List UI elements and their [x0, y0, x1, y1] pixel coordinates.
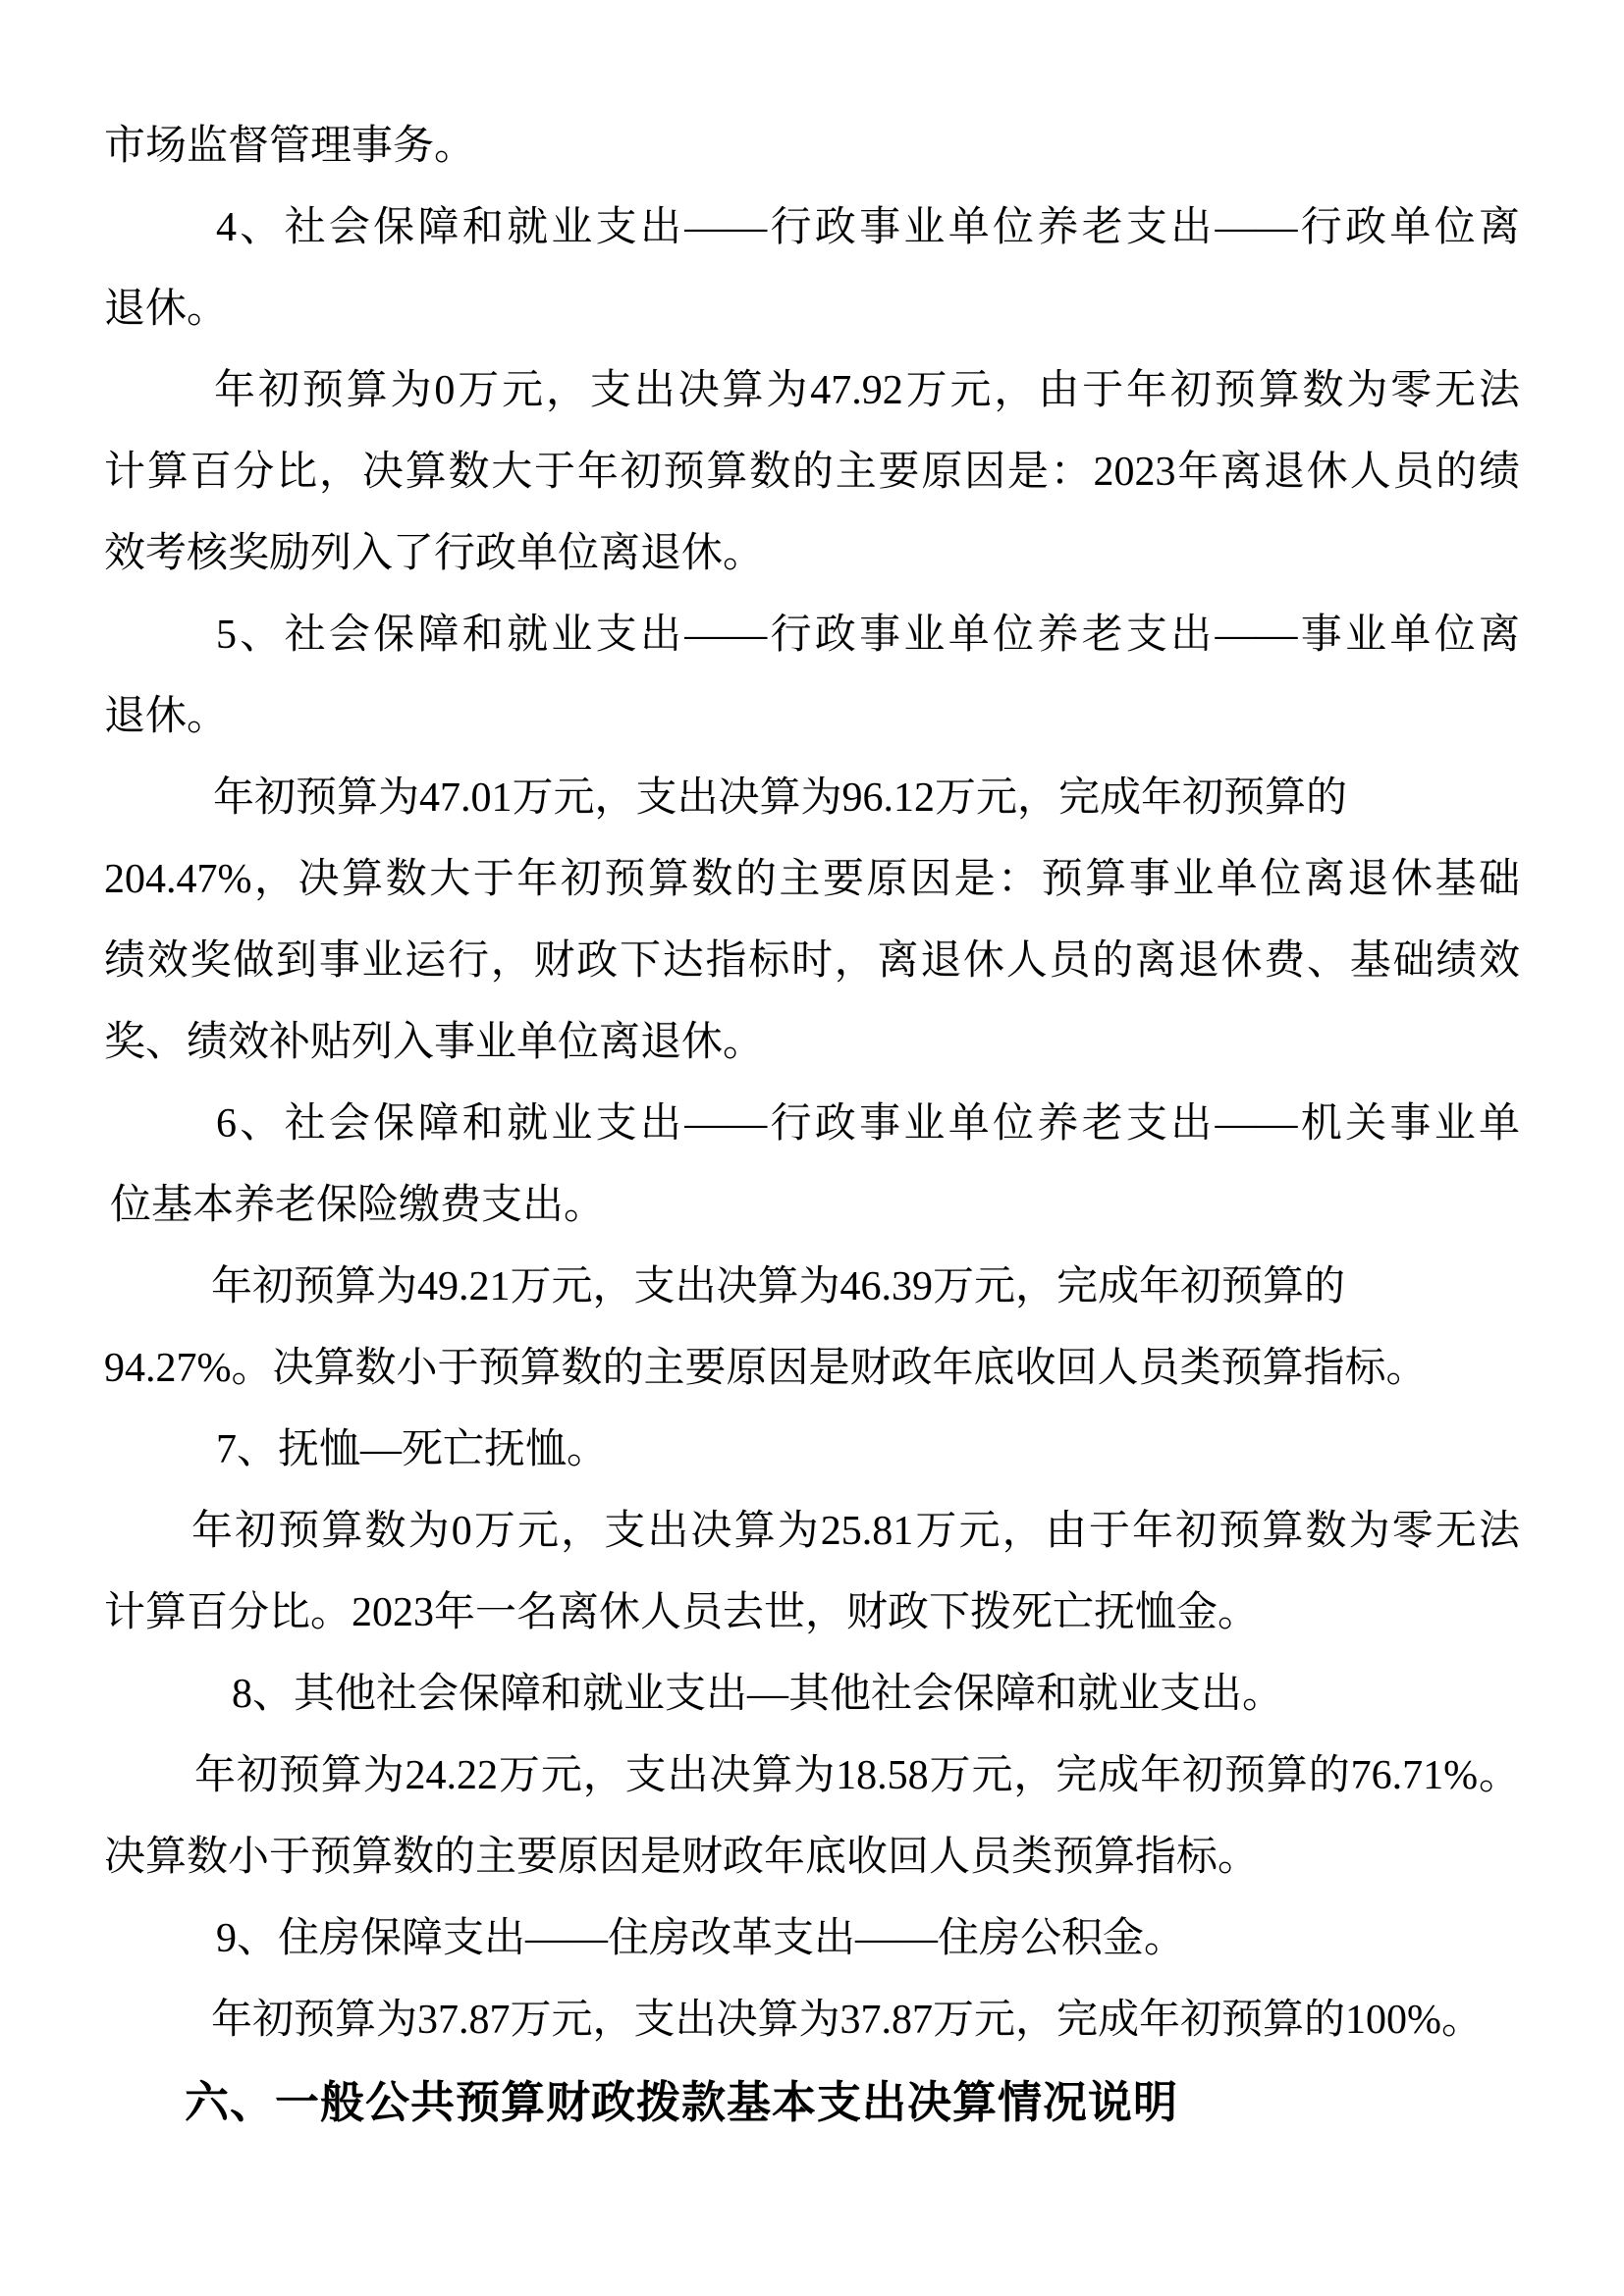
text-line: 年初预算为49.21万元，支出决算为46.39万元，完成年初预算的 — [104, 1247, 1520, 1328]
text-line: 计算百分比。2023年一名离休人员去世，财政下拨死亡抚恤金。 — [104, 1573, 1520, 1654]
text-line: 5、社会保障和就业支出——行政事业单位养老支出——事业单位离 — [104, 595, 1520, 676]
text-line: 年初预算数为0万元，支出决算为25.81万元，由于年初预算数为零无法 — [104, 1491, 1520, 1573]
text-line: 94.27%。决算数小于预算数的主要原因是财政年底收回人员类预算指标。 — [104, 1328, 1520, 1410]
text-column: 市场监督管理事务。4、社会保障和就业支出——行政事业单位养老支出——行政单位离退… — [104, 106, 1520, 2143]
text-line: 年初预算为0万元，支出决算为47.92万元，由于年初预算数为零无法 — [104, 350, 1520, 432]
text-line: 204.47%，决算数大于年初预算数的主要原因是：预算事业单位离退休基础 — [104, 839, 1520, 921]
text-line: 计算百分比，决算数大于年初预算数的主要原因是：2023年离退休人员的绩 — [104, 432, 1520, 513]
text-line: 6、社会保障和就业支出——行政事业单位养老支出——机关事业单 — [104, 1084, 1520, 1165]
text-line: 9、住房保障支出——住房改革支出——住房公积金。 — [104, 1898, 1520, 1980]
document-page: 市场监督管理事务。4、社会保障和就业支出——行政事业单位养老支出——行政单位离退… — [0, 0, 1624, 2296]
text-line: 效考核奖励列入了行政单位离退休。 — [104, 513, 1520, 595]
text-line: 绩效奖做到事业运行，财政下达指标时，离退休人员的离退休费、基础绩效 — [104, 921, 1520, 1002]
text-line: 年初预算为24.22万元，支出决算为18.58万元，完成年初预算的76.71%。 — [104, 1735, 1520, 1817]
text-line: 年初预算为37.87万元，支出决算为37.87万元，完成年初预算的100%。 — [104, 1980, 1520, 2061]
text-line: 市场监督管理事务。 — [104, 106, 1520, 187]
text-line: 8、其他社会保障和就业支出—其他社会保障和就业支出。 — [104, 1654, 1520, 1735]
text-line: 决算数小于预算数的主要原因是财政年底收回人员类预算指标。 — [104, 1817, 1520, 1898]
text-line: 年初预算为47.01万元，支出决算为96.12万元，完成年初预算的 — [104, 758, 1520, 839]
text-line: 退休。 — [104, 269, 1520, 350]
text-line: 7、抚恤—死亡抚恤。 — [104, 1410, 1520, 1491]
section-heading: 六、一般公共预算财政拨款基本支出决算情况说明 — [104, 2061, 1520, 2143]
text-line: 奖、绩效补贴列入事业单位离退休。 — [104, 1002, 1520, 1084]
text-line: 退休。 — [104, 676, 1520, 758]
text-line: 4、社会保障和就业支出——行政事业单位养老支出——行政单位离 — [104, 187, 1520, 269]
text-line: 位基本养老保险缴费支出。 — [104, 1165, 1520, 1247]
